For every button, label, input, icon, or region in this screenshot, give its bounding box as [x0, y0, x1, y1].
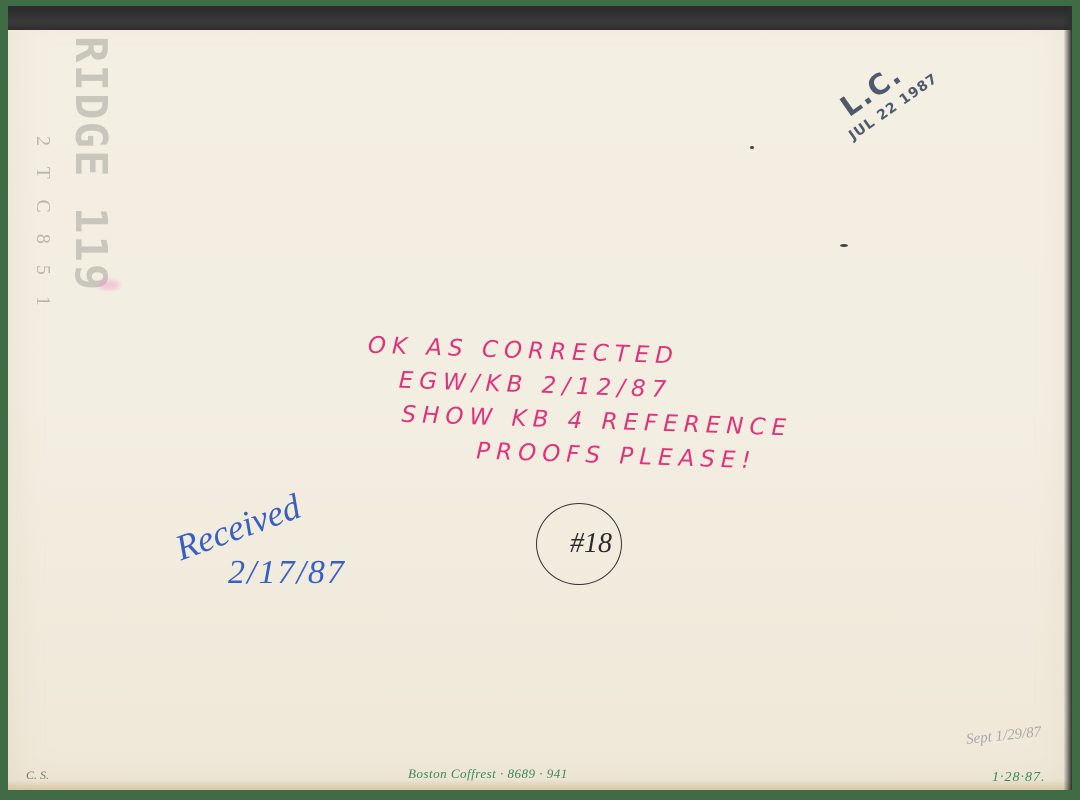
- photo-back-sheet: RIDGE 119 2 T C 8 5 1 L.C. JUL 22 1987 O…: [8, 6, 1072, 790]
- bottom-edge-stain: [8, 780, 1072, 790]
- circled-number: #18: [570, 528, 612, 560]
- lc-date-stamp: L.C. JUL 22 1987: [826, 42, 941, 144]
- pink-handwritten-note: OK AS CORRECTED EGW/KB 2/12/87 SHOW KB 4…: [364, 329, 795, 480]
- vertical-title-stamp: RIDGE 119: [65, 36, 116, 292]
- footer-pencil-date: Sept 1/29/87: [965, 724, 1042, 749]
- pink-smudge: [98, 280, 120, 290]
- vertical-code-stamp: 2 T C 8 5 1: [31, 136, 54, 314]
- ink-speck: [750, 146, 754, 149]
- ink-speck: [840, 244, 848, 247]
- black-tape-strip: [8, 6, 1072, 30]
- received-date: 2/17/87: [228, 554, 346, 592]
